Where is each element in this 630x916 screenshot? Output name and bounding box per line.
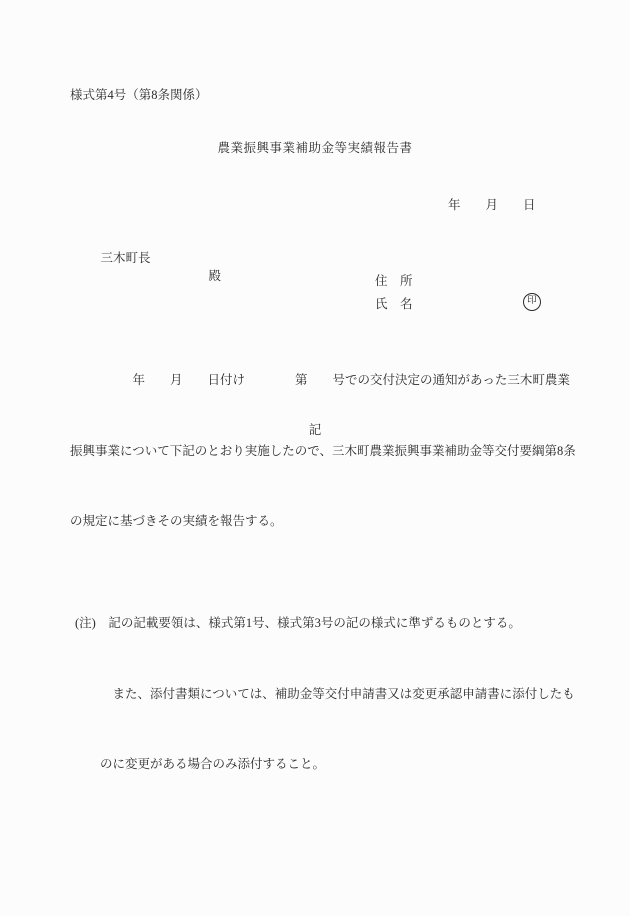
body-paragraph: 年 月 日付け 第 号での交付決定の通知があった三木町農業 振興事業について下記… [70,322,570,581]
body-line: 振興事業について下記のとおり実施したので、三木町農業振興事業補助金等交付要綱第8… [70,440,570,464]
addressee-row: 三木町長 殿 [88,233,221,299]
document-page: 様式第4号（第8条関係） 農業振興事業補助金等実績報告書 年 月 日 三木町長 … [0,0,630,916]
seal-character: 印 [527,297,537,307]
note-line: のに変更がある場合のみ添付すること。 [75,753,585,777]
note-line: (注) 記の記載要領は、様式第1号、様式第3号の記の様式に準ずるものとする。 [75,612,585,636]
note-block: (注) 記の記載要領は、様式第1号、様式第3号の記の様式に準ずるものとする。 ま… [75,565,585,824]
name-label: 氏 名 [375,294,413,312]
date-blank-line: 年 月 日 [448,195,536,213]
seal-icon: 印 [523,293,541,311]
form-number: 様式第4号（第8条関係） [70,85,208,103]
document-title: 農業振興事業補助金等実績報告書 [0,138,630,156]
honorific: 殿 [209,269,222,283]
address-label: 住 所 [375,271,413,289]
body-line: 年 月 日付け 第 号での交付決定の通知があった三木町農業 [70,369,570,393]
body-line: の規定に基づきその実績を報告する。 [70,510,570,534]
note-line: また、添付書類については、補助金等交付申請書又は変更承認申請書に添付したも [75,683,585,707]
addressee-name: 三木町長 [101,251,151,265]
section-marker: 記 [0,420,630,438]
